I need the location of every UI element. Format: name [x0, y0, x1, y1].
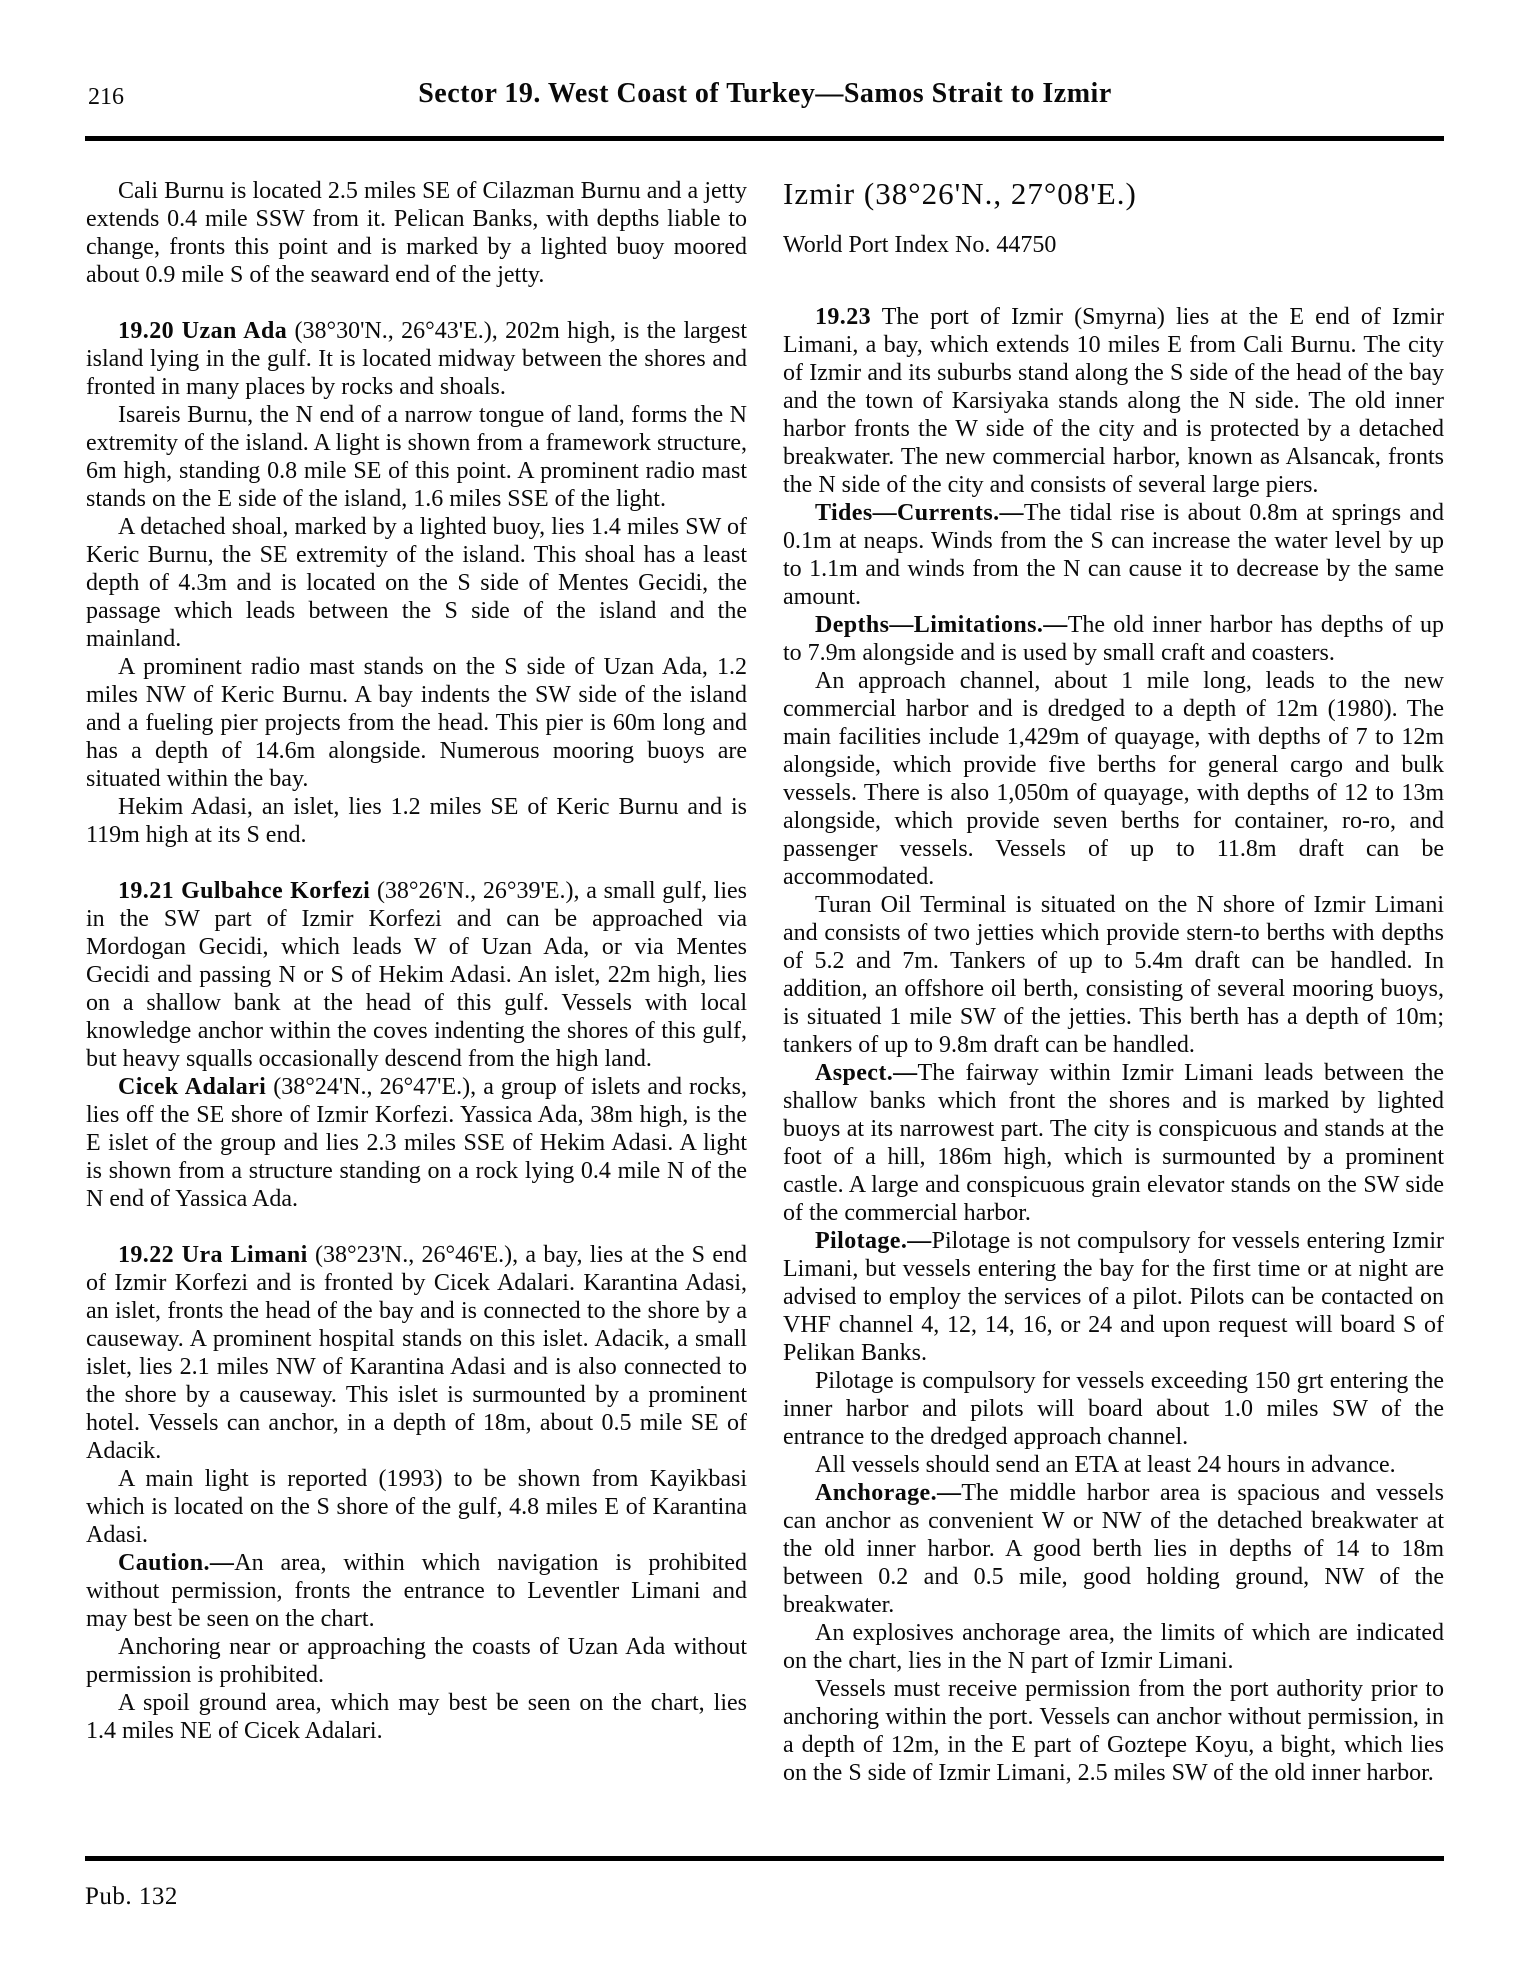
paragraph: Anchorage.—The middle harbor area is spa… — [783, 1479, 1444, 1619]
paragraph: 19.23 The port of Izmir (Smyrna) lies at… — [783, 303, 1444, 499]
paragraph: A prominent radio mast stands on the S s… — [86, 653, 747, 793]
paragraph-text: An approach channel, about 1 mile long, … — [783, 668, 1444, 890]
paragraph: Cali Burnu is located 2.5 miles SE of Ci… — [86, 177, 747, 289]
paragraph-text: Hekim Adasi, an islet, lies 1.2 miles SE… — [86, 794, 747, 848]
paragraph-lead: Caution.— — [118, 1550, 234, 1576]
paragraph: A detached shoal, marked by a lighted bu… — [86, 513, 747, 653]
paragraph-text: A main light is reported (1993) to be sh… — [86, 1466, 747, 1548]
paragraph: A spoil ground area, which may best be s… — [86, 1689, 747, 1745]
paragraph: An explosives anchorage area, the limits… — [783, 1619, 1444, 1675]
paragraph-text: A detached shoal, marked by a lighted bu… — [86, 514, 747, 652]
port-heading-izmir: Izmir (38°26'N., 27°08'E.) — [783, 177, 1444, 211]
paragraph: Tides—Currents.—The tidal rise is about … — [783, 499, 1444, 611]
paragraph-text: Turan Oil Terminal is situated on the N … — [783, 892, 1444, 1058]
paragraph-lead: Tides—Currents.— — [815, 500, 1024, 526]
paragraph-lead: 19.23 — [815, 304, 871, 330]
paragraph-text: Anchoring near or approaching the coasts… — [86, 1634, 747, 1688]
paragraph: 19.21 Gulbahce Korfezi (38°26'N., 26°39'… — [86, 877, 747, 1073]
paragraph: All vessels should send an ETA at least … — [783, 1451, 1444, 1479]
paragraph-lead: Pilotage.— — [815, 1228, 932, 1254]
paragraph-text: A spoil ground area, which may best be s… — [86, 1690, 747, 1744]
paragraph: 19.22 Ura Limani (38°23'N., 26°46'E.), a… — [86, 1241, 747, 1465]
page-number: 216 — [88, 84, 124, 111]
page-title: Sector 19. West Coast of Turkey—Samos St… — [86, 78, 1444, 110]
paragraph-lead: 19.22 Ura Limani — [118, 1242, 308, 1268]
paragraph: A main light is reported (1993) to be sh… — [86, 1465, 747, 1549]
paragraph: Anchoring near or approaching the coasts… — [86, 1633, 747, 1689]
paragraph: An approach channel, about 1 mile long, … — [783, 667, 1444, 891]
world-port-index: World Port Index No. 44750 — [783, 231, 1444, 259]
paragraph-text: The port of Izmir (Smyrna) lies at the E… — [783, 304, 1444, 498]
page-footer: Pub. 132 — [85, 1856, 1444, 1911]
publication-number: Pub. 132 — [85, 1883, 1444, 1911]
paragraph-lead: Aspect.— — [815, 1060, 918, 1086]
paragraph-text: A prominent radio mast stands on the S s… — [86, 654, 747, 792]
paragraph-lead: Anchorage.— — [815, 1480, 961, 1506]
paragraph: Aspect.—The fairway within Izmir Limani … — [783, 1059, 1444, 1227]
paragraph-text: Isareis Burnu, the N end of a narrow ton… — [86, 402, 747, 512]
paragraph: Caution.—An area, within which navigatio… — [86, 1549, 747, 1633]
paragraph-lead: Depths—Limitations.— — [815, 612, 1068, 638]
document-page: 216 Sector 19. West Coast of Turkey—Samo… — [0, 0, 1530, 1980]
running-header: 216 Sector 19. West Coast of Turkey—Samo… — [0, 0, 1530, 120]
paragraph: Hekim Adasi, an islet, lies 1.2 miles SE… — [86, 793, 747, 849]
paragraph-lead: Cicek Adalari — [118, 1074, 266, 1100]
paragraph-text: All vessels should send an ETA at least … — [815, 1452, 1396, 1478]
header-rule — [85, 136, 1444, 141]
left-column: Cali Burnu is located 2.5 miles SE of Ci… — [86, 177, 747, 1787]
paragraph-text: An explosives anchorage area, the limits… — [783, 1620, 1444, 1674]
footer-rule — [85, 1856, 1444, 1861]
paragraph: Pilotage.—Pilotage is not compulsory for… — [783, 1227, 1444, 1367]
paragraph: Isareis Burnu, the N end of a narrow ton… — [86, 401, 747, 513]
paragraph-text: Cali Burnu is located 2.5 miles SE of Ci… — [86, 178, 747, 288]
paragraph: Vessels must receive permission from the… — [783, 1675, 1444, 1787]
text-columns: Cali Burnu is located 2.5 miles SE of Ci… — [0, 177, 1530, 1787]
paragraph: Turan Oil Terminal is situated on the N … — [783, 891, 1444, 1059]
right-column: Izmir (38°26'N., 27°08'E.) World Port In… — [783, 177, 1444, 1787]
paragraph: Depths—Limitations.—The old inner harbor… — [783, 611, 1444, 667]
paragraph-lead: 19.20 Uzan Ada — [118, 318, 287, 344]
paragraph-text: (38°26'N., 26°39'E.), a small gulf, lies… — [86, 878, 747, 1072]
paragraph: Cicek Adalari (38°24'N., 26°47'E.), a gr… — [86, 1073, 747, 1213]
paragraph: Pilotage is compulsory for vessels excee… — [783, 1367, 1444, 1451]
paragraph-text: (38°23'N., 26°46'E.), a bay, lies at the… — [86, 1242, 747, 1464]
paragraph-lead: 19.21 Gulbahce Korfezi — [118, 878, 370, 904]
paragraph-text: Vessels must receive permission from the… — [783, 1676, 1444, 1786]
paragraph: 19.20 Uzan Ada (38°30'N., 26°43'E.), 202… — [86, 317, 747, 401]
paragraph-text: Pilotage is compulsory for vessels excee… — [783, 1368, 1444, 1450]
